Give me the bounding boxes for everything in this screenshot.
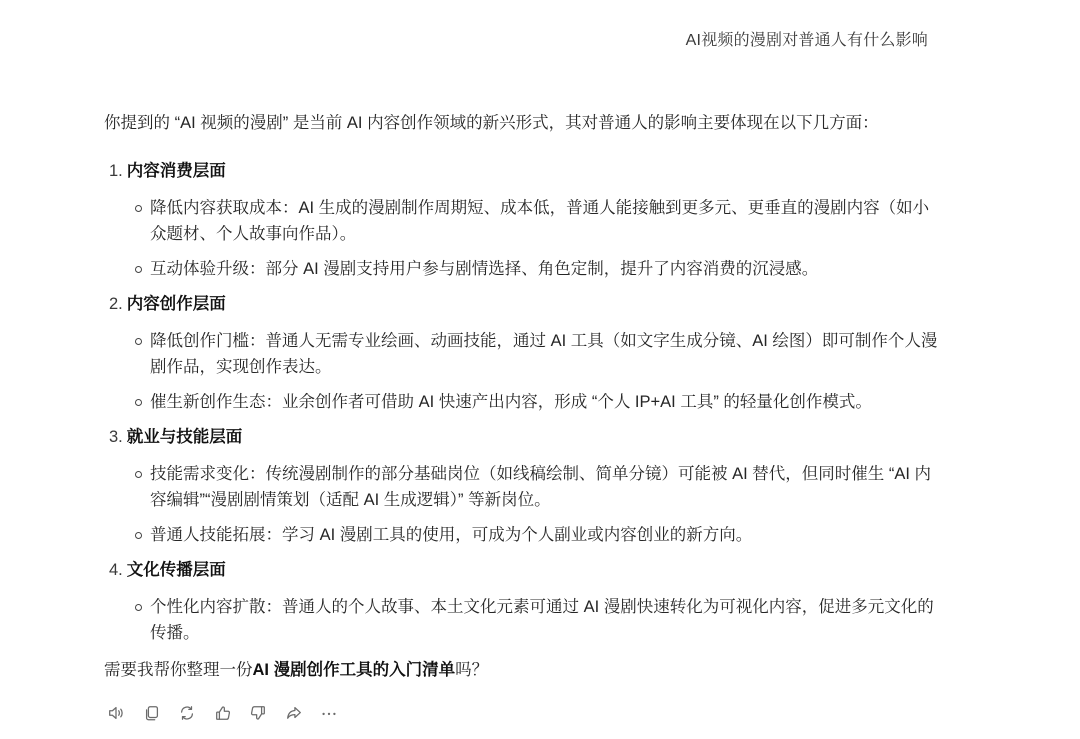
hollow-bullet-icon — [135, 532, 142, 539]
share-button[interactable] — [284, 703, 304, 723]
section-title: 文化传播层面 — [127, 557, 226, 583]
section-title: 就业与技能层面 — [127, 424, 243, 450]
list-item: 降低创作门槛：普通人无需专业绘画、动画技能，通过 AI 工具（如文字生成分镜、A… — [104, 328, 944, 380]
hollow-bullet-icon — [135, 604, 142, 611]
outro-prefix: 需要我帮你整理一份 — [104, 661, 253, 679]
list-item: 普通人技能拓展：学习 AI 漫剧工具的使用，可成为个人副业或内容创业的新方向。 — [104, 522, 944, 548]
hollow-bullet-icon — [135, 338, 142, 345]
section-item: 1. 内容消费层面 降低内容获取成本：AI 生成的漫剧制作周期短、成本低，普通人… — [104, 158, 944, 282]
thumbs-up-icon — [214, 704, 232, 722]
more-icon — [320, 704, 338, 722]
section-number: 3. — [109, 424, 123, 450]
hollow-bullet-icon — [135, 399, 142, 406]
section-number: 4. — [109, 557, 123, 583]
like-button[interactable] — [213, 703, 233, 723]
point-text: 个性化内容扩散：普通人的个人故事、本土文化元素可通过 AI 漫剧快速转化为可视化… — [150, 598, 934, 642]
point-text: 催生新创作生态：业余创作者可借助 AI 快速产出内容，形成 “个人 IP+AI … — [150, 393, 872, 411]
share-icon — [285, 704, 303, 722]
thumbs-down-icon — [249, 704, 267, 722]
section-item: 2. 内容创作层面 降低创作门槛：普通人无需专业绘画、动画技能，通过 AI 工具… — [104, 291, 944, 415]
list-item: 互动体验升级：部分 AI 漫剧支持用户参与剧情选择、角色定制，提升了内容消费的沉… — [104, 256, 944, 282]
copy-button[interactable] — [142, 703, 162, 723]
section-number: 2. — [109, 291, 123, 317]
read-aloud-button[interactable] — [106, 703, 126, 723]
section-heading: 4. 文化传播层面 — [104, 557, 944, 583]
section-number: 1. — [109, 158, 123, 184]
assistant-answer: 你提到的 “AI 视频的漫剧” 是当前 AI 内容创作领域的新兴形式，其对普通人… — [104, 110, 944, 655]
hollow-bullet-icon — [135, 471, 142, 478]
list-item: 催生新创作生态：业余创作者可借助 AI 快速产出内容，形成 “个人 IP+AI … — [104, 389, 944, 415]
section-list: 1. 内容消费层面 降低内容获取成本：AI 生成的漫剧制作周期短、成本低，普通人… — [104, 158, 944, 646]
section-heading: 3. 就业与技能层面 — [104, 424, 944, 450]
point-list: 技能需求变化：传统漫剧制作的部分基础岗位（如线稿绘制、简单分镜）可能被 AI 替… — [104, 461, 944, 548]
list-item: 个性化内容扩散：普通人的个人故事、本土文化元素可通过 AI 漫剧快速转化为可视化… — [104, 594, 944, 646]
hollow-bullet-icon — [135, 205, 142, 212]
regenerate-button[interactable] — [177, 703, 197, 723]
point-list: 降低创作门槛：普通人无需专业绘画、动画技能，通过 AI 工具（如文字生成分镜、A… — [104, 328, 944, 415]
section-item: 4. 文化传播层面 个性化内容扩散：普通人的个人故事、本土文化元素可通过 AI … — [104, 557, 944, 646]
point-text: 普通人技能拓展：学习 AI 漫剧工具的使用，可成为个人副业或内容创业的新方向。 — [150, 526, 752, 544]
hollow-bullet-icon — [135, 266, 142, 273]
speaker-icon — [107, 704, 125, 722]
point-text: 互动体验升级：部分 AI 漫剧支持用户参与剧情选择、角色定制，提升了内容消费的沉… — [150, 260, 818, 278]
point-list: 降低内容获取成本：AI 生成的漫剧制作周期短、成本低，普通人能接触到更多元、更垂… — [104, 195, 944, 282]
outro-suffix: 吗？ — [455, 661, 488, 679]
section-heading: 2. 内容创作层面 — [104, 291, 944, 317]
user-message: AI视频的漫剧对普通人有什么影响 — [686, 29, 928, 53]
answer-outro: 需要我帮你整理一份AI 漫剧创作工具的入门清单吗？ — [104, 657, 488, 683]
copy-icon — [143, 704, 161, 722]
answer-intro: 你提到的 “AI 视频的漫剧” 是当前 AI 内容创作领域的新兴形式，其对普通人… — [104, 110, 944, 136]
section-title: 内容创作层面 — [127, 291, 226, 317]
message-actions — [106, 703, 355, 723]
regenerate-icon — [178, 704, 196, 722]
section-item: 3. 就业与技能层面 技能需求变化：传统漫剧制作的部分基础岗位（如线稿绘制、简单… — [104, 424, 944, 548]
section-title: 内容消费层面 — [127, 158, 226, 184]
list-item: 降低内容获取成本：AI 生成的漫剧制作周期短、成本低，普通人能接触到更多元、更垂… — [104, 195, 944, 247]
section-heading: 1. 内容消费层面 — [104, 158, 944, 184]
point-text: 降低创作门槛：普通人无需专业绘画、动画技能，通过 AI 工具（如文字生成分镜、A… — [150, 332, 937, 376]
outro-bold: AI 漫剧创作工具的入门清单 — [253, 661, 456, 679]
more-button[interactable] — [319, 703, 339, 723]
dislike-button[interactable] — [248, 703, 268, 723]
list-item: 技能需求变化：传统漫剧制作的部分基础岗位（如线稿绘制、简单分镜）可能被 AI 替… — [104, 461, 944, 513]
point-list: 个性化内容扩散：普通人的个人故事、本土文化元素可通过 AI 漫剧快速转化为可视化… — [104, 594, 944, 646]
point-text: 降低内容获取成本：AI 生成的漫剧制作周期短、成本低，普通人能接触到更多元、更垂… — [150, 199, 929, 243]
point-text: 技能需求变化：传统漫剧制作的部分基础岗位（如线稿绘制、简单分镜）可能被 AI 替… — [150, 465, 931, 509]
